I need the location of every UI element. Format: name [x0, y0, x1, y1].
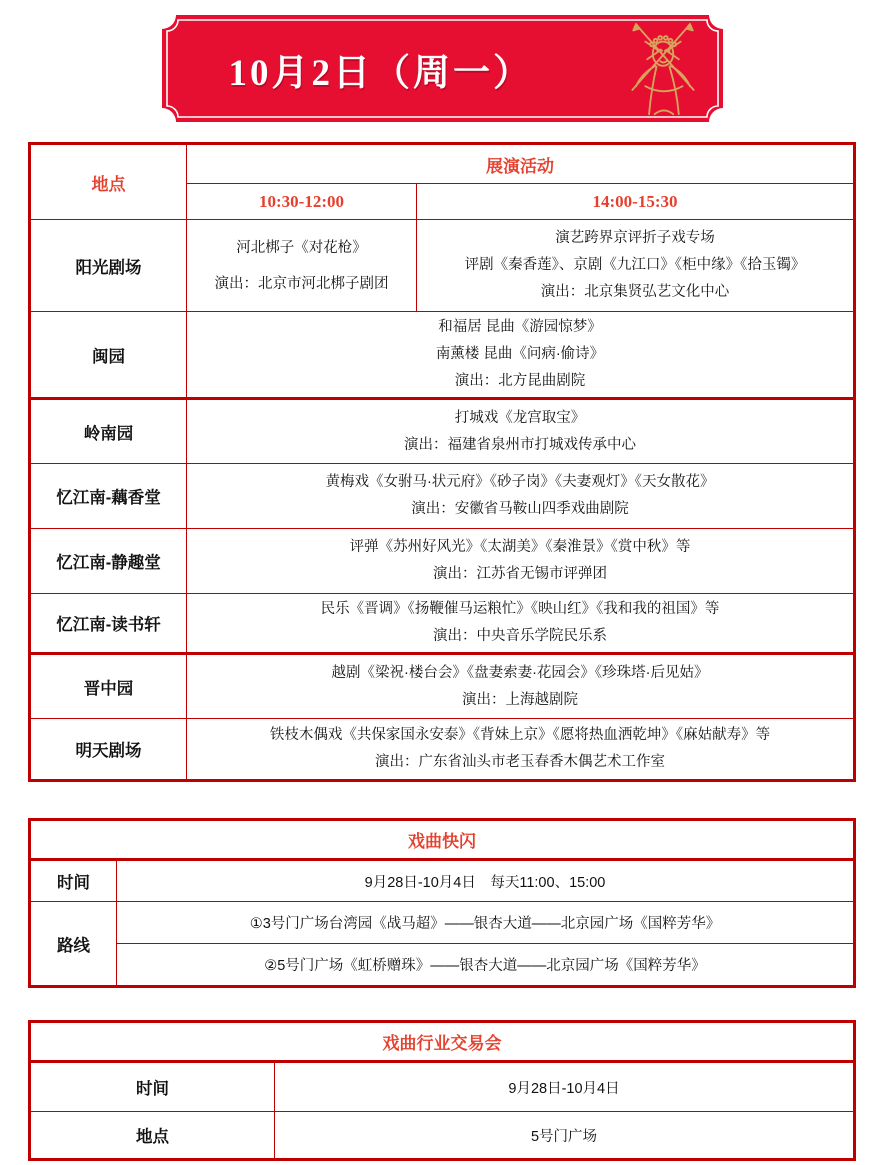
activity-line: 评剧《秦香莲》、京剧《九江口》《柜中缘》《拾玉镯》: [423, 252, 847, 279]
schedule-table: 地点 展演活动 10:30-12:00 14:00-15:30 阳光剧场 河北梆…: [28, 142, 856, 782]
activity-cell: 铁枝木偶戏《共保家国永安泰》《背妹上京》《愿将热血洒乾坤》《麻姑献寿》等 演出：…: [187, 719, 855, 781]
table-row: 明天剧场 铁枝木偶戏《共保家国永安泰》《背妹上京》《愿将热血洒乾坤》《麻姑献寿》…: [30, 719, 855, 781]
activity-line: 演出：上海越剧院: [193, 687, 847, 714]
flash-route-label: 路线: [30, 902, 117, 987]
table-row: 忆江南-藕香堂 黄梅戏《女驸马·状元府》《砂子岗》《夫妻观灯》《天女散花》 演出…: [30, 464, 855, 529]
activity-line: 民乐《晋调》《扬鞭催马运粮忙》《映山红》《我和我的祖国》等: [193, 596, 847, 623]
flash-time-value: 9月28日-10月4日 每天11:00、15:00: [117, 860, 855, 902]
table-row: 岭南园 打城戏《龙宫取宝》 演出：福建省泉州市打城戏传承中心: [30, 399, 855, 464]
fair-time-label: 时间: [30, 1062, 275, 1112]
schedule-header-location: 地点: [30, 144, 187, 220]
opera-performer-icon: [611, 23, 715, 116]
flash-mob-table: 戏曲快闪 时间 9月28日-10月4日 每天11:00、15:00 路线 ①3号…: [28, 818, 856, 988]
trade-fair-title: 戏曲行业交易会: [30, 1022, 855, 1062]
activity-line: 演出：北方昆曲剧院: [193, 368, 847, 395]
table-row: 闽园 和福居 昆曲《游园惊梦》 南薰楼 昆曲《问病·偷诗》 演出：北方昆曲剧院: [30, 312, 855, 399]
activity-line: 演出：中央音乐学院民乐系: [193, 623, 847, 650]
activity-cell: 黄梅戏《女驸马·状元府》《砂子岗》《夫妻观灯》《天女散花》 演出：安徽省马鞍山四…: [187, 464, 855, 529]
venue-cell: 忆江南-读书轩: [30, 594, 187, 654]
activity-line: 打城戏《龙宫取宝》: [193, 405, 847, 432]
activity-cell: 演艺跨界京评折子戏专场 评剧《秦香莲》、京剧《九江口》《柜中缘》《拾玉镯》 演出…: [417, 220, 855, 312]
flash-route-1: ①3号门广场台湾园《战马超》——银杏大道——北京园广场《国粹芳华》: [117, 902, 855, 944]
date-banner: 10月2日（周一）: [162, 15, 723, 122]
activity-line: 演出：江苏省无锡市评弹团: [193, 561, 847, 588]
venue-cell: 阳光剧场: [30, 220, 187, 312]
activity-line: 演出：福建省泉州市打城戏传承中心: [193, 432, 847, 459]
activity-cell: 和福居 昆曲《游园惊梦》 南薰楼 昆曲《问病·偷诗》 演出：北方昆曲剧院: [187, 312, 855, 399]
activity-cell: 评弹《苏州好风光》《太湖美》《秦淮景》《赏中秋》等 演出：江苏省无锡市评弹团: [187, 529, 855, 594]
activity-line: 演出：北京市河北梆子剧团: [193, 266, 410, 302]
activity-line: 演出：广东省汕头市老玉春香木偶艺术工作室: [193, 749, 847, 776]
venue-cell: 明天剧场: [30, 719, 187, 781]
table-row: 晋中园 越剧《梁祝·楼台会》《盘妻索妻·花园会》《珍珠塔·后见姑》 演出：上海越…: [30, 654, 855, 719]
venue-cell: 晋中园: [30, 654, 187, 719]
activity-line: 越剧《梁祝·楼台会》《盘妻索妻·花园会》《珍珠塔·后见姑》: [193, 660, 847, 687]
activity-cell: 民乐《晋调》《扬鞭催马运粮忙》《映山红》《我和我的祖国》等 演出：中央音乐学院民…: [187, 594, 855, 654]
activity-line: 南薰楼 昆曲《问病·偷诗》: [193, 341, 847, 368]
fair-location-label: 地点: [30, 1112, 275, 1160]
flash-route-2: ②5号门广场《虹桥赠珠》——银杏大道——北京园广场《国粹芳华》: [117, 944, 855, 987]
event-schedule-poster: 10月2日（周一）: [0, 0, 884, 1165]
activity-line: 和福居 昆曲《游园惊梦》: [193, 314, 847, 341]
venue-cell: 岭南园: [30, 399, 187, 464]
time-slot-header-2: 14:00-15:30: [417, 184, 855, 220]
activity-cell: 越剧《梁祝·楼台会》《盘妻索妻·花园会》《珍珠塔·后见姑》 演出：上海越剧院: [187, 654, 855, 719]
activity-line: 演出：北京集贤弘艺文化中心: [423, 279, 847, 306]
activity-cell: 河北梆子《对花枪》 演出：北京市河北梆子剧团: [187, 220, 417, 312]
fair-location-value: 5号门广场: [275, 1112, 855, 1160]
banner-title: 10月2日（周一）: [162, 15, 600, 122]
activity-line: 演出：安徽省马鞍山四季戏曲剧院: [193, 496, 847, 523]
activity-cell: 打城戏《龙宫取宝》 演出：福建省泉州市打城戏传承中心: [187, 399, 855, 464]
table-row: 阳光剧场 河北梆子《对花枪》 演出：北京市河北梆子剧团 演艺跨界京评折子戏专场 …: [30, 220, 855, 312]
trade-fair-table: 戏曲行业交易会 时间 9月28日-10月4日 地点 5号门广场: [28, 1020, 856, 1161]
venue-cell: 忆江南-藕香堂: [30, 464, 187, 529]
table-row: 忆江南-静趣堂 评弹《苏州好风光》《太湖美》《秦淮景》《赏中秋》等 演出：江苏省…: [30, 529, 855, 594]
activity-line: 铁枝木偶戏《共保家国永安泰》《背妹上京》《愿将热血洒乾坤》《麻姑献寿》等: [193, 722, 847, 749]
fair-time-value: 9月28日-10月4日: [275, 1062, 855, 1112]
table-row: 忆江南-读书轩 民乐《晋调》《扬鞭催马运粮忙》《映山红》《我和我的祖国》等 演出…: [30, 594, 855, 654]
activity-line: 黄梅戏《女驸马·状元府》《砂子岗》《夫妻观灯》《天女散花》: [193, 469, 847, 496]
venue-cell: 忆江南-静趣堂: [30, 529, 187, 594]
flash-time-label: 时间: [30, 860, 117, 902]
venue-cell: 闽园: [30, 312, 187, 399]
activity-line: 河北梆子《对花枪》: [193, 230, 410, 266]
activity-line: 演艺跨界京评折子戏专场: [423, 225, 847, 252]
flash-mob-title: 戏曲快闪: [30, 820, 855, 860]
time-slot-header-1: 10:30-12:00: [187, 184, 417, 220]
activity-line: 评弹《苏州好风光》《太湖美》《秦淮景》《赏中秋》等: [193, 534, 847, 561]
schedule-header-activities: 展演活动: [187, 144, 855, 184]
